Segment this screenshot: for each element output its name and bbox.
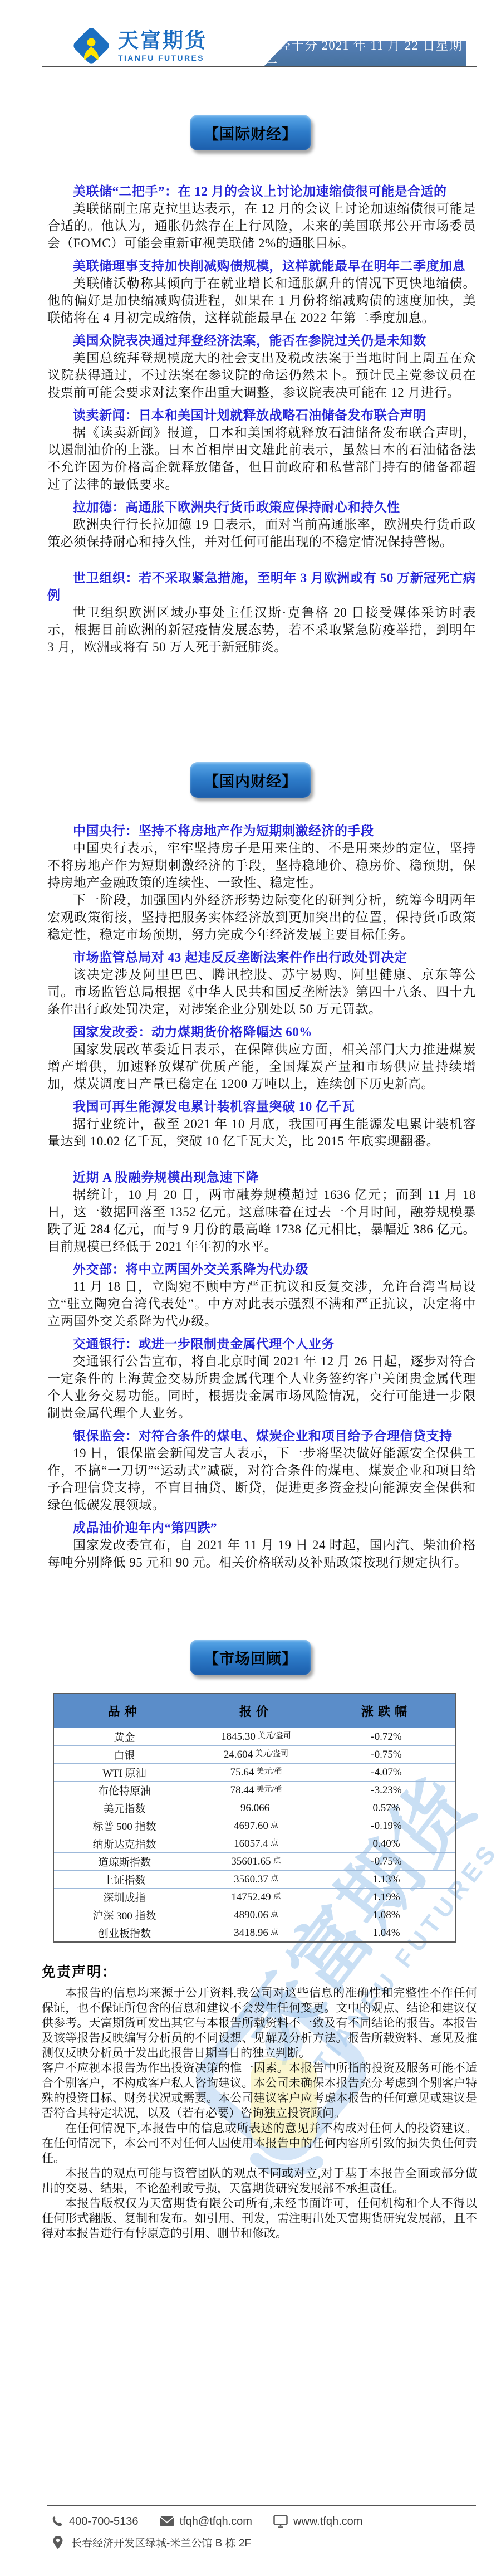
logo-text: 天富期货 TIANFU FUTURES — [118, 30, 207, 62]
news-headline: 美联储“二把手”：在 12 月的会议上讨论加速缩债很可能是合适的 — [47, 183, 476, 200]
instrument-price: 75.64美元/桶 — [195, 1764, 317, 1782]
instrument-name: 创业板指数 — [53, 1924, 195, 1943]
market-table-header-row: 品种 报价 涨跌幅 — [53, 1694, 456, 1728]
monitor-icon — [273, 2515, 288, 2528]
market-table: 品种 报价 涨跌幅 黄金1845.30美元/盎司-0.72% 白银24.604美… — [53, 1693, 456, 1943]
price-unit: 美元/桶 — [256, 1785, 282, 1794]
instrument-price: 14752.49点 — [195, 1889, 317, 1906]
news-paragraph: 交通银行公告宣布，将自北京时间 2021 年 12 月 26 日起，逐步对符合一… — [47, 1353, 476, 1422]
news-headline: 美国众院表决通过拜登经济法案，能否在参院过关仍是未知数 — [47, 332, 476, 349]
location-pin-icon — [52, 2535, 63, 2550]
instrument-name: 黄金 — [53, 1728, 195, 1746]
table-row: 创业板指数3418.96点1.04% — [53, 1924, 456, 1943]
column-header-change: 涨跌幅 — [317, 1694, 456, 1728]
instrument-price: 3418.96点 — [195, 1924, 317, 1943]
section-title-domestic: 【国内财经】 — [190, 762, 311, 798]
header: 天富期货 TIANFU FUTURES 财经十分 2021 年 11 月 22 … — [0, 0, 501, 68]
section-market-review: 【市场回顾】 品种 报价 涨跌幅 黄金1845.30美元/盎司-0.72% 白银… — [0, 1640, 501, 1943]
news-headline: 市场监管总局对 43 起违反反垄断法案件作出行政处罚决定 — [47, 949, 476, 966]
table-row: 沪深 300 指数4890.06点1.08% — [53, 1906, 456, 1924]
table-row: 上证指数3560.37点1.13% — [53, 1871, 456, 1889]
instrument-change: 0.40% — [317, 1835, 456, 1853]
instrument-price: 4890.06点 — [195, 1906, 317, 1924]
price-unit: 美元/盎司 — [258, 1732, 291, 1740]
disclaimer-paragraph: 本报告的信息均来源于公开资料,我公司对这些信息的准确性和完整性不作任何保证，也不… — [42, 1985, 477, 2061]
news-paragraph: 据《读卖新闻》报道，日本和美国将就释放石油储备发布联合声明，以遏制油价的上涨。日… — [47, 424, 476, 493]
instrument-name: WTI 原油 — [53, 1764, 195, 1782]
footer: 400-700-5136 tfqh@tfqh.com www.tfqh.com … — [0, 2505, 501, 2550]
envelope-icon — [160, 2516, 174, 2527]
instrument-change: -0.19% — [317, 1817, 456, 1835]
logo-en-text: TIANFU FUTURES — [118, 54, 207, 62]
news-paragraph: 据统计，10 月 20 日，两市融券规模超过 1636 亿元；而到 11 月 1… — [47, 1186, 476, 1255]
disclaimer: 免责声明： 本报告的信息均来源于公开资料,我公司对这些信息的准确性和完整性不作任… — [42, 1961, 477, 2241]
news-paragraph: 世卫组织欧洲区域办事处主任汉斯·克鲁格 20 日接受媒体采访时表示，根据目前欧洲… — [47, 604, 476, 656]
instrument-price: 96.066 — [195, 1799, 317, 1817]
disclaimer-paragraph: 在任何情况下,本报告中的信息或所表述的意见并不构成对任何人的投资建议。在任何情况… — [42, 2121, 477, 2166]
news-headline: 近期 A 股融券规模出现急速下降 — [47, 1169, 476, 1186]
price-unit: 点 — [271, 1821, 278, 1829]
disclaimer-paragraph: 客户不应视本报告为作出投资决策的惟一因素。本报告中所指的投资及服务可能不适合个别… — [42, 2061, 477, 2121]
table-row: 道琼斯指数35601.65点-0.75% — [53, 1853, 456, 1871]
instrument-price: 1845.30美元/盎司 — [195, 1728, 317, 1746]
news-headline: 中国央行：坚持不将房地产作为短期刺激经济的手段 — [47, 822, 476, 840]
footer-address: 长春经济开发区绿城-米兰公馆 B 栋 2F — [71, 2535, 251, 2550]
instrument-name: 纳斯达克指数 — [53, 1835, 195, 1853]
instrument-name: 白银 — [53, 1746, 195, 1764]
instrument-name: 沪深 300 指数 — [53, 1906, 195, 1924]
instrument-name: 美元指数 — [53, 1799, 195, 1817]
header-divider — [42, 66, 477, 67]
table-row: 白银24.604美元/盎司-0.75% — [53, 1746, 456, 1764]
news-paragraph: 下一阶段，加强国内外经济形势边际变化的研判分析，统筹今明两年宏观政策衔接，坚持把… — [47, 891, 476, 943]
table-row: 黄金1845.30美元/盎司-0.72% — [53, 1728, 456, 1746]
news-headline: 我国可再生能源发电累计装机容量突破 10 亿千瓦 — [47, 1098, 476, 1115]
news-paragraph: 欧洲央行行长拉加德 19 日表示，面对当前高通胀率，欧洲央行货币政策必须保持耐心… — [47, 516, 476, 550]
instrument-change: -0.75% — [317, 1853, 456, 1871]
instrument-change: -0.75% — [317, 1746, 456, 1764]
instrument-price: 3560.37点 — [195, 1871, 317, 1889]
news-headline: 银保监会：对符合条件的煤电、煤炭企业和项目给予合理信贷支持 — [47, 1427, 476, 1445]
news-paragraph: 国家发改委宣布，自 2021 年 11 月 19 日 24 时起，国内汽、柴油价… — [47, 1536, 476, 1571]
date-banner: 财经十分 2021 年 11 月 22 日星期一 — [264, 41, 466, 66]
footer-contact-row: 400-700-5136 tfqh@tfqh.com www.tfqh.com — [51, 2515, 501, 2528]
table-row: WTI 原油75.64美元/桶-4.07% — [53, 1764, 456, 1782]
news-headline: 美联储理事支持加快削减购债规模，这样就能最早在明年二季度加息 — [47, 257, 476, 275]
instrument-price: 4697.60点 — [195, 1817, 317, 1835]
news-paragraph: 美联储沃勒称其倾向于在就业增长和通胀飙升的情况下更快地缩债。他的偏好是加快缩减购… — [47, 275, 476, 326]
instrument-price: 35601.65点 — [195, 1853, 317, 1871]
price-unit: 美元/盎司 — [255, 1750, 288, 1758]
price-unit: 点 — [273, 1857, 281, 1865]
instrument-price: 24.604美元/盎司 — [195, 1746, 317, 1764]
footer-divider — [47, 2505, 476, 2506]
instrument-name: 上证指数 — [53, 1871, 195, 1889]
news-paragraph: 该决定涉及阿里巴巴、腾讯控股、苏宁易购、阿里健康、京东等公司。市场监管总局根据《… — [47, 966, 476, 1018]
news-paragraph: 19 日，银保监会新闻发言人表示，下一步将坚决做好能源安全保供工作，不搞“一刀切… — [47, 1445, 476, 1514]
footer-website: www.tfqh.com — [293, 2515, 362, 2528]
instrument-change: 1.13% — [317, 1871, 456, 1889]
section-title-international: 【国际财经】 — [190, 115, 311, 150]
brand-logo: 天富期货 TIANFU FUTURES — [71, 25, 207, 67]
news-paragraph: 中国央行表示，牢牢坚持房子是用来住的、不是用来炒的定位，坚持不将房地产作为短期刺… — [47, 840, 476, 891]
table-row: 美元指数96.0660.57% — [53, 1799, 456, 1817]
news-headline: 拉加德：高通胀下欧洲央行货币政策应保持耐心和持久性 — [47, 499, 476, 516]
news-paragraph: 美国总统拜登规模庞大的社会支出及税改法案于当地时间上周五在众议院获得通过，不过法… — [47, 349, 476, 401]
instrument-change: -3.23% — [317, 1782, 456, 1799]
logo-diamond-icon — [71, 25, 111, 67]
table-row: 布伦特原油78.44美元/桶-3.23% — [53, 1782, 456, 1799]
instrument-name: 标普 500 指数 — [53, 1817, 195, 1835]
section-body-international: 美联储“二把手”：在 12 月的会议上讨论加速缩债很可能是合适的 美联储副主席克… — [47, 183, 476, 656]
disclaimer-title: 免责声明： — [42, 1961, 477, 1981]
price-unit: 美元/桶 — [256, 1768, 282, 1776]
table-row: 深圳成指14752.49点1.19% — [53, 1889, 456, 1906]
instrument-change: 0.57% — [317, 1799, 456, 1817]
instrument-name: 深圳成指 — [53, 1889, 195, 1906]
footer-address-row: 长春经济开发区绿城-米兰公馆 B 栋 2F — [52, 2535, 501, 2550]
news-headline: 交通银行：或进一步限制贵金属代理个人业务 — [47, 1335, 476, 1353]
news-paragraph: 11 月 18 日，立陶宛不顾中方严正抗议和反复交涉，允许台湾当局设立“驻立陶宛… — [47, 1278, 476, 1330]
instrument-price: 16057.4点 — [195, 1835, 317, 1853]
footer-phone: 400-700-5136 — [69, 2515, 139, 2528]
news-paragraph: 美联储副主席克拉里达表示，在 12 月的会议上讨论加速缩债很可能是合适的。他认为… — [47, 200, 476, 252]
price-unit: 点 — [271, 1839, 278, 1847]
instrument-change: -0.72% — [317, 1728, 456, 1746]
disclaimer-paragraph: 本报告版权仅为天富期货有限公司所有,未经书面许可，任何机构和个人不得以任何形式翻… — [42, 2196, 477, 2241]
price-unit: 点 — [271, 1928, 278, 1936]
table-row: 标普 500 指数4697.60点-0.19% — [53, 1817, 456, 1835]
price-unit: 点 — [273, 1892, 281, 1901]
logo-cn-text: 天富期货 — [118, 30, 207, 51]
phone-icon — [51, 2515, 63, 2528]
instrument-name: 道琼斯指数 — [53, 1853, 195, 1871]
instrument-change: 1.08% — [317, 1906, 456, 1924]
price-unit: 点 — [271, 1875, 278, 1883]
instrument-name: 布伦特原油 — [53, 1782, 195, 1799]
instrument-change: 1.19% — [317, 1889, 456, 1906]
price-unit: 点 — [271, 1910, 278, 1919]
instrument-change: 1.04% — [317, 1924, 456, 1943]
section-domestic: 【国内财经】 中国央行：坚持不将房地产作为短期刺激经济的手段 中国央行表示，牢牢… — [0, 762, 501, 1571]
section-title-market-review: 【市场回顾】 — [190, 1640, 311, 1675]
news-headline: 成品油价迎年内“第四跌” — [47, 1519, 476, 1536]
section-body-domestic: 中国央行：坚持不将房地产作为短期刺激经济的手段 中国央行表示，牢牢坚持房子是用来… — [47, 822, 476, 1571]
column-header-price: 报价 — [195, 1694, 317, 1728]
news-headline: 世卫组织：若不采取紧急措施，至明年 3 月欧洲或有 50 万新冠死亡病例 — [47, 569, 476, 604]
section-international: 【国际财经】 美联储“二把手”：在 12 月的会议上讨论加速缩债很可能是合适的 … — [0, 115, 501, 656]
table-row: 纳斯达克指数16057.4点0.40% — [53, 1835, 456, 1853]
footer-email: tfqh@tfqh.com — [180, 2515, 252, 2528]
disclaimer-paragraph: 本报告的观点可能与资管团队的观点不同或对立,对于基于本报告全面或部分做出的交易、… — [42, 2166, 477, 2196]
news-headline: 读卖新闻：日本和美国计划就释放战略石油储备发布联合声明 — [47, 407, 476, 424]
instrument-price: 78.44美元/桶 — [195, 1782, 317, 1799]
news-paragraph: 国家发展改革委近日表示，在保障供应方面，相关部门大力推进煤炭增产增供，加速释放煤… — [47, 1041, 476, 1092]
news-paragraph: 据行业统计，截至 2021 年 10 月底，我国可再生能源发电累计装机容量达到 … — [47, 1115, 476, 1150]
instrument-change: -4.07% — [317, 1764, 456, 1782]
column-header-name: 品种 — [53, 1694, 195, 1728]
news-headline: 外交部：将中立两国外交关系降为代办级 — [47, 1261, 476, 1278]
news-headline: 国家发改委：动力煤期货价格降幅达 60% — [47, 1023, 476, 1041]
